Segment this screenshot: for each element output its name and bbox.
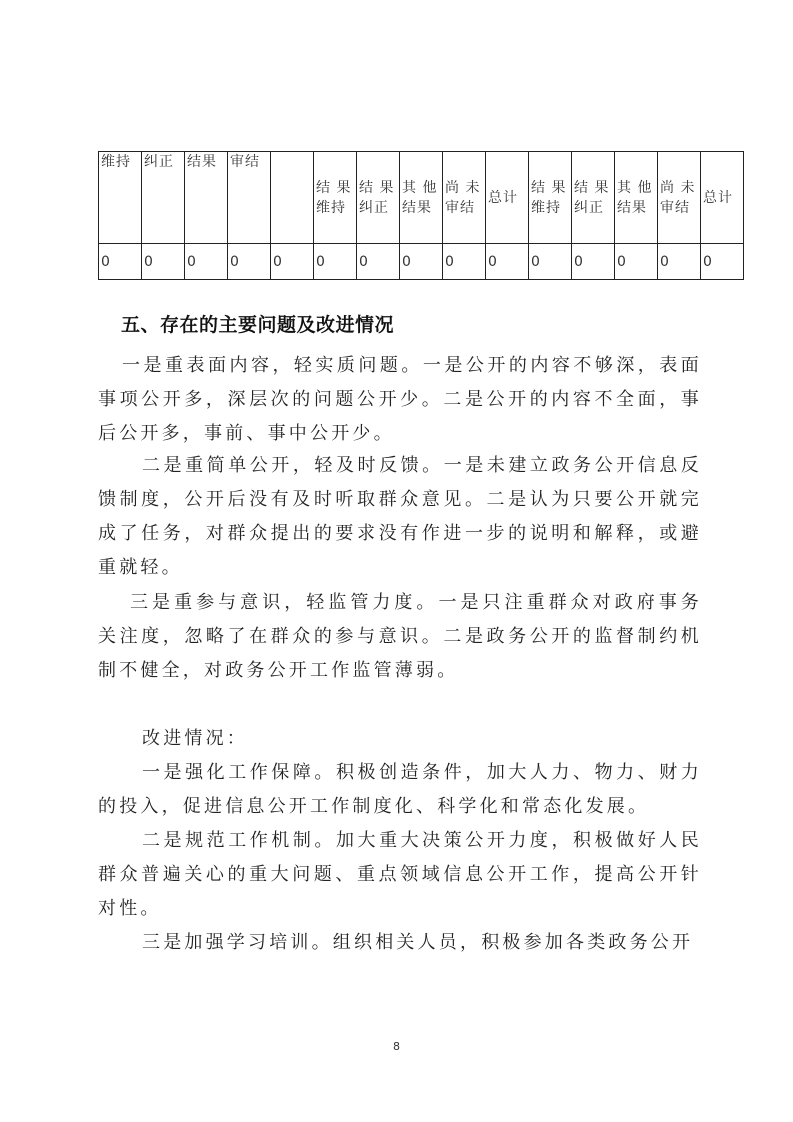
table-cell: 0 <box>314 244 357 280</box>
table-cell: 0 <box>443 244 486 280</box>
table-cell: 0 <box>185 244 228 280</box>
table-header-cell: 结果 <box>185 152 228 244</box>
table-cell: 0 <box>572 244 615 280</box>
document-page: 维持 纠正 结果 审结 结 果维持 结 果纠正 其 他结果 尚 未审结 总计 结… <box>0 0 793 1122</box>
table-header-cell: 维持 <box>99 152 142 244</box>
table-header-cell: 其 他结果 <box>615 152 658 244</box>
table-header-cell <box>271 152 314 244</box>
table-header-cell: 结 果纠正 <box>572 152 615 244</box>
statistics-table: 维持 纠正 结果 审结 结 果维持 结 果纠正 其 他结果 尚 未审结 总计 结… <box>98 151 744 280</box>
table-header-cell: 总计 <box>486 152 529 244</box>
paragraph-problem-2: 二是重简单公开，轻及时反馈。一是未建立政务公开信息反馈制度，公开后没有及时听取群… <box>98 449 702 585</box>
table-header-row: 维持 纠正 结果 审结 结 果维持 结 果纠正 其 他结果 尚 未审结 总计 结… <box>99 152 744 244</box>
section-heading: 五、存在的主要问题及改进情况 <box>121 310 394 337</box>
table-cell: 0 <box>271 244 314 280</box>
table-header-cell: 纠正 <box>142 152 185 244</box>
paragraph-improvement-2: 二是规范工作机制。加大重大决策公开力度，积极做好人民群众普遍关心的重大问题、重点… <box>98 824 702 926</box>
table-cell: 0 <box>400 244 443 280</box>
paragraph-improvement-1: 一是强化工作保障。积极创造条件，加大人力、物力、财力的投入，促进信息公开工作制度… <box>98 756 702 824</box>
table-header-cell: 其 他结果 <box>400 152 443 244</box>
table-header-cell: 结 果维持 <box>529 152 572 244</box>
paragraph-improvement-label: 改进情况： <box>98 722 702 756</box>
paragraph-problem-1: 一是重表面内容，轻实质问题。一是公开的内容不够深，表面事项公开多，深层次的问题公… <box>98 349 702 451</box>
table-header-cell: 审结 <box>228 152 271 244</box>
table-cell: 0 <box>701 244 744 280</box>
table-cell: 0 <box>486 244 529 280</box>
table-cell: 0 <box>658 244 701 280</box>
table-header-cell: 总计 <box>701 152 744 244</box>
paragraph-problem-3: 三是重参与意识，轻监管力度。一是只注重群众对政府事务关注度，忽略了在群众的参与意… <box>98 586 702 688</box>
table-header-cell: 结 果纠正 <box>357 152 400 244</box>
table-header-cell: 结 果维持 <box>314 152 357 244</box>
table-cell: 0 <box>142 244 185 280</box>
paragraph-improvement-3: 三是加强学习培训。组织相关人员，积极参加各类政务公开 <box>98 926 702 960</box>
table-cell: 0 <box>615 244 658 280</box>
table-header-cell: 尚 未审结 <box>443 152 486 244</box>
table-value-row: 0 0 0 0 0 0 0 0 0 0 0 0 0 0 0 <box>99 244 744 280</box>
table-cell: 0 <box>228 244 271 280</box>
table-header-cell: 尚 未审结 <box>658 152 701 244</box>
table-cell: 0 <box>529 244 572 280</box>
table-cell: 0 <box>99 244 142 280</box>
table-cell: 0 <box>357 244 400 280</box>
page-number: 8 <box>0 1040 793 1053</box>
